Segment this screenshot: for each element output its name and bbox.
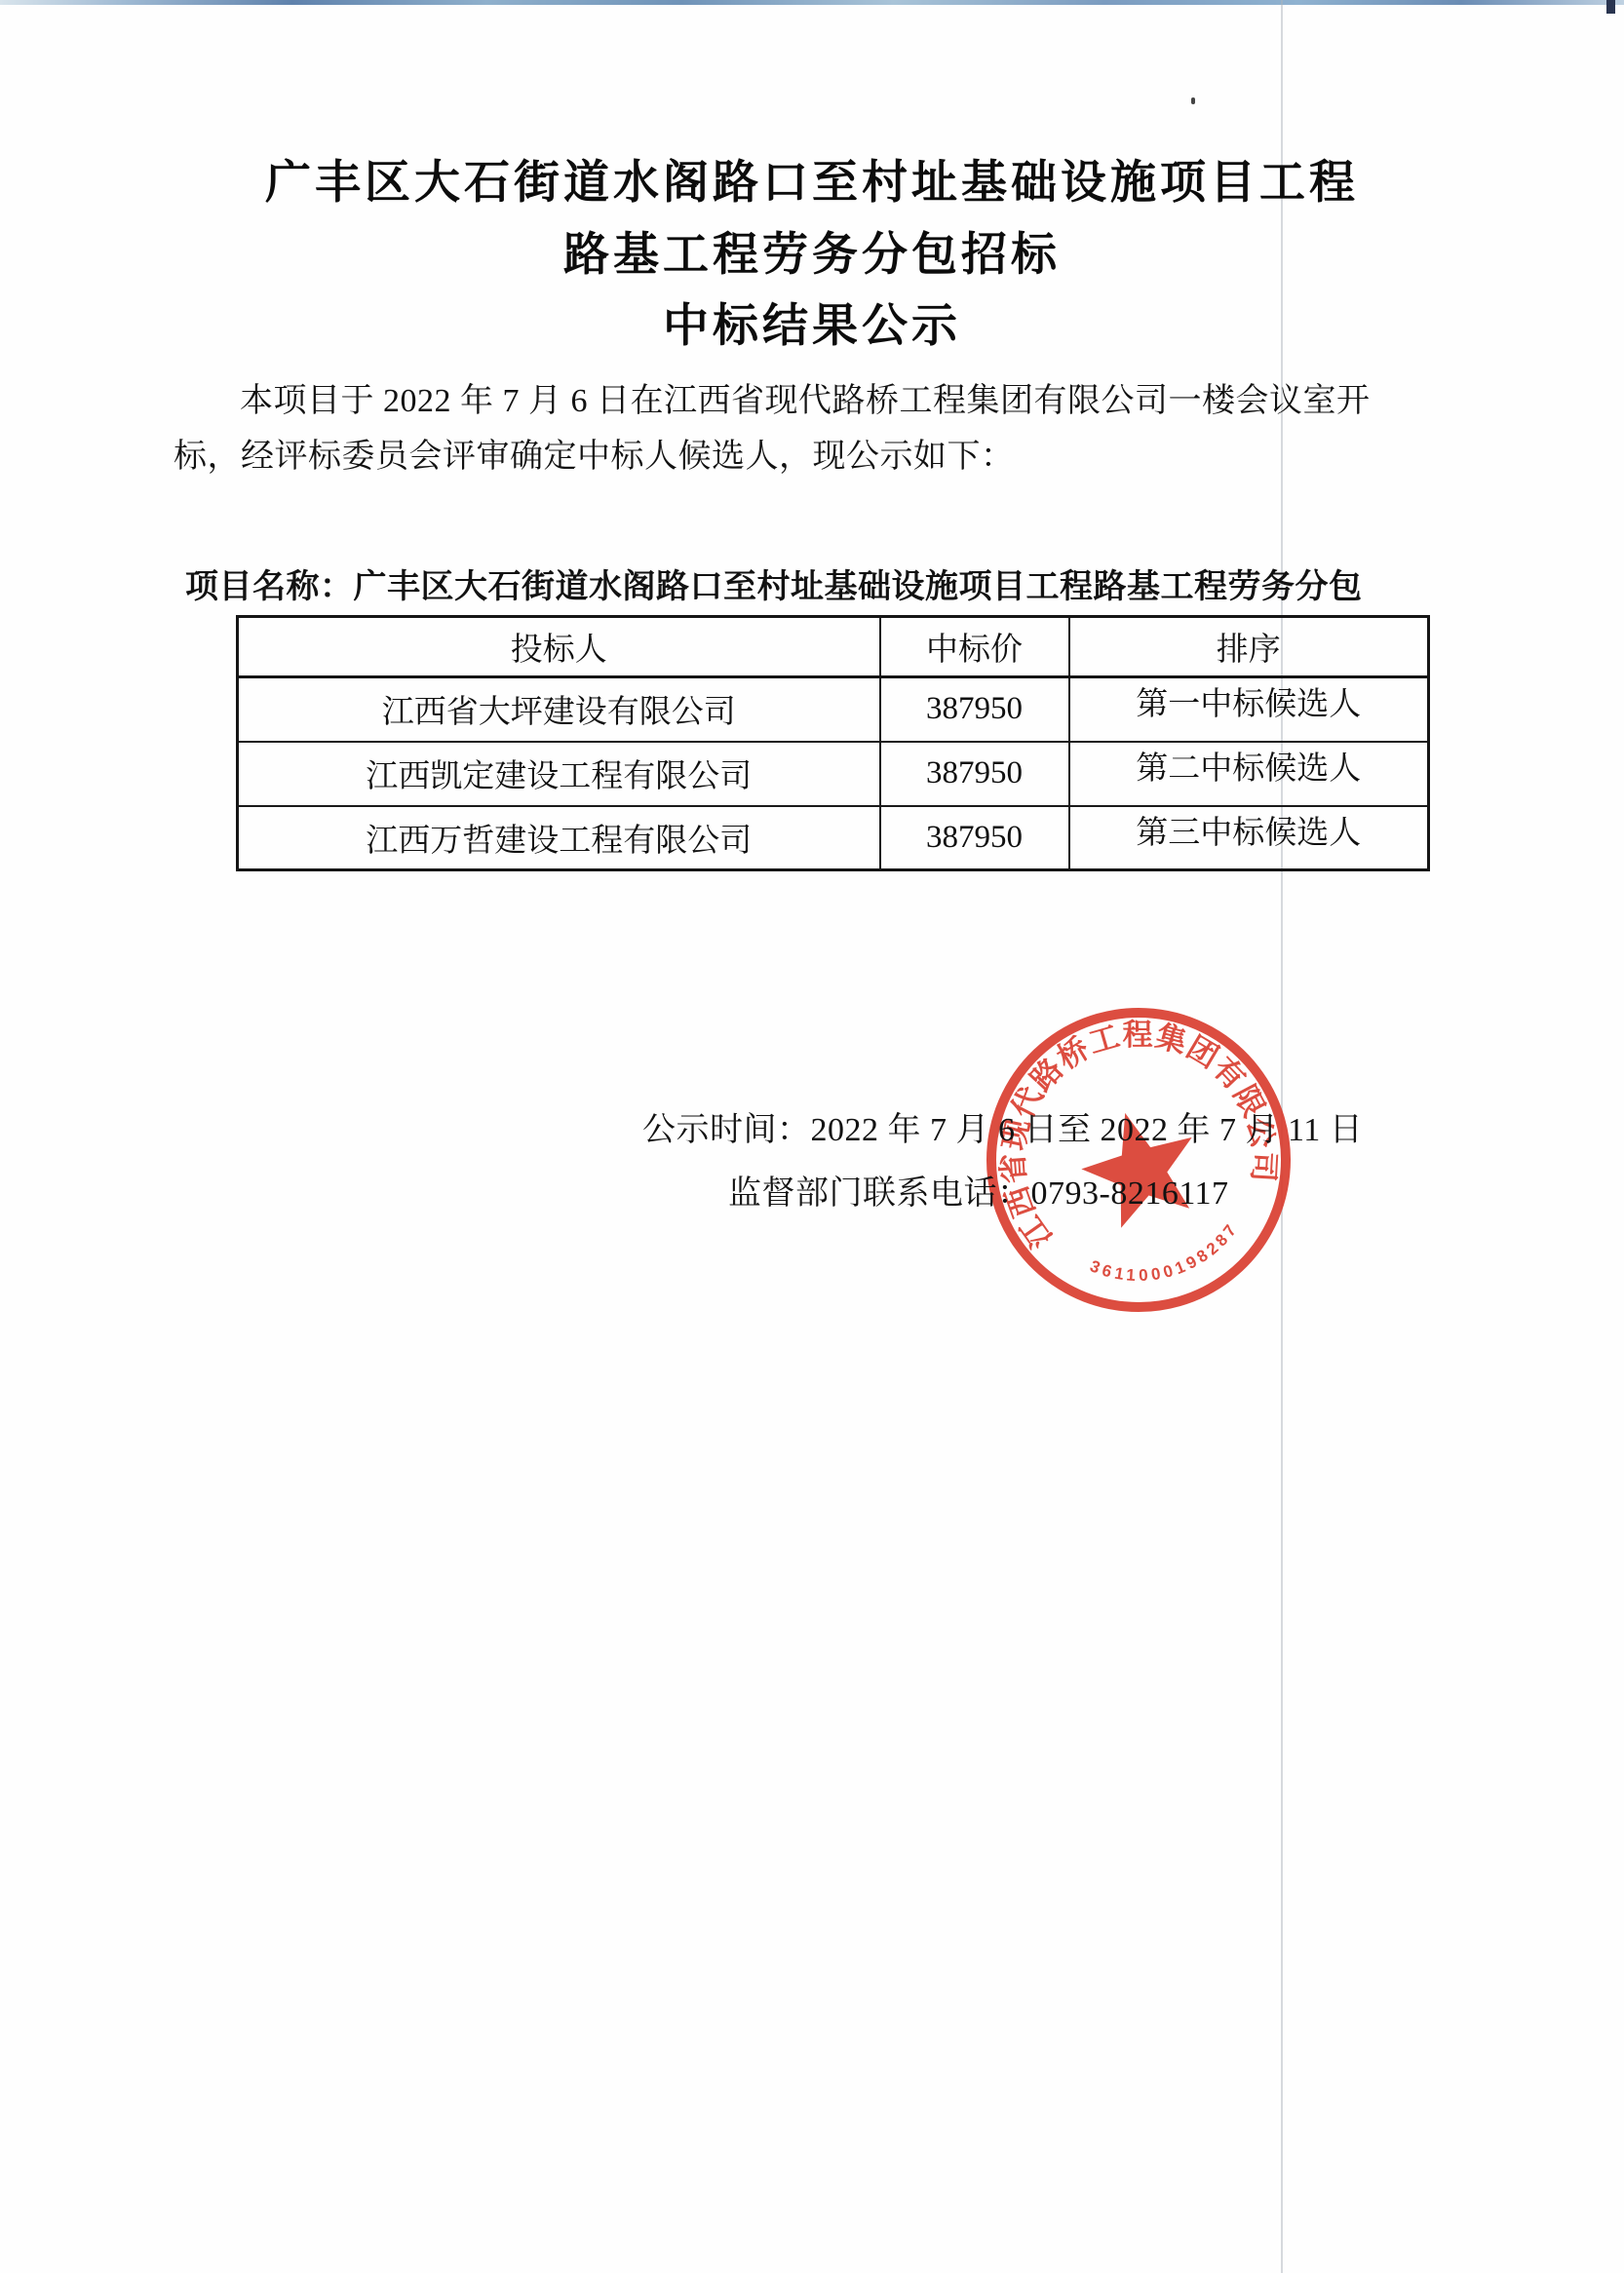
- bidder-cell: 江西万哲建设工程有限公司: [238, 806, 880, 870]
- doc-title-line-2: 路基工程劳务分包招标: [0, 218, 1624, 284]
- table-row: 江西省大坪建设有限公司 387950 第一中标候选人: [238, 677, 1429, 742]
- bidder-cell: 江西凯定建设工程有限公司: [238, 742, 880, 806]
- supervision-phone-line: 监督部门联系电话：0793-8216117: [728, 1166, 1229, 1214]
- scan-artifact-speck: [1191, 97, 1195, 104]
- project-name-line: 项目名称：广丰区大石街道水阁路口至村址基础设施项目工程路基工程劳务分包: [185, 559, 1363, 607]
- doc-title-line-3: 中标结果公示: [0, 289, 1624, 355]
- table-header-rank: 排序: [1069, 617, 1429, 677]
- scan-artifact-top-line: [0, 0, 1624, 5]
- company-seal: 江西省现代路桥工程集团有限公司 3611000198287: [969, 990, 1308, 1329]
- table-header-bidder: 投标人: [238, 617, 880, 677]
- intro-paragraph-line-1: 本项目于 2022 年 7 月 6 日在江西省现代路桥工程集团有限公司一楼会议室…: [240, 373, 1371, 421]
- rank-cell: 第二中标候选人: [1069, 742, 1429, 806]
- scan-artifact-corner-tick: [1606, 0, 1615, 14]
- seal-serial-number: 3611000198287: [1083, 1215, 1250, 1302]
- document-page: 广丰区大石街道水阁路口至村址基础设施项目工程 路基工程劳务分包招标 中标结果公示…: [0, 0, 1624, 2273]
- svg-text:3611000198287: 3611000198287: [1083, 1215, 1250, 1302]
- table-header-row: 投标人 中标价 排序: [238, 617, 1429, 677]
- price-cell: 387950: [880, 742, 1069, 806]
- price-cell: 387950: [880, 677, 1069, 742]
- table-header-price: 中标价: [880, 617, 1069, 677]
- table-row: 江西凯定建设工程有限公司 387950 第二中标候选人: [238, 742, 1429, 806]
- intro-paragraph-line-2: 标，经评标委员会评审确定中标人候选人，现公示如下：: [174, 429, 1015, 477]
- bid-results-table: 投标人 中标价 排序 江西省大坪建设有限公司 387950 第一中标候选人 江西…: [236, 615, 1430, 871]
- rank-cell: 第三中标候选人: [1069, 806, 1429, 870]
- rank-cell: 第一中标候选人: [1069, 677, 1429, 742]
- publicity-time-line: 公示时间：2022 年 7 月 6 日至 2022 年 7 月 11 日: [642, 1102, 1363, 1150]
- table-row: 江西万哲建设工程有限公司 387950 第三中标候选人: [238, 806, 1429, 870]
- bidder-cell: 江西省大坪建设有限公司: [238, 677, 880, 742]
- doc-title-line-1: 广丰区大石街道水阁路口至村址基础设施项目工程: [0, 146, 1624, 212]
- price-cell: 387950: [880, 806, 1069, 870]
